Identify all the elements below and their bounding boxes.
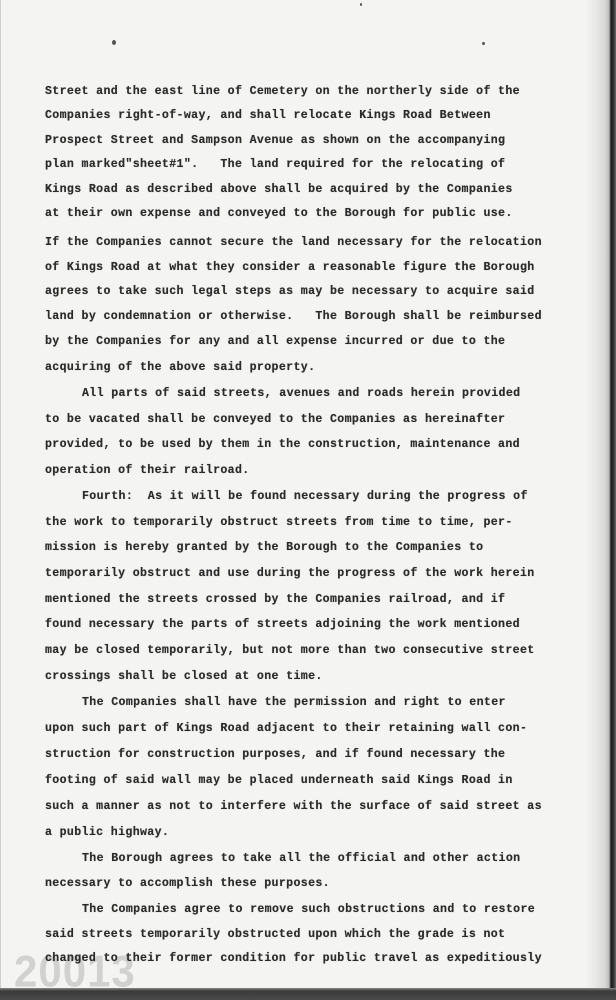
text-line: the work to temporarily obstruct streets… [45,516,513,529]
paragraph-start-line: The Borough agrees to take all the offic… [82,852,520,865]
text-line: acquiring of the above said property. [45,361,315,374]
page-right-border [605,0,616,1000]
scan-speck [482,42,485,45]
scan-speck [112,40,116,45]
scan-speck [360,3,362,6]
text-line: Kings Road as described above shall be a… [45,183,513,196]
text-line: necessary to accomplish these purposes. [45,877,330,890]
text-line: footing of said wall may be placed under… [45,774,513,787]
text-line: If the Companies cannot secure the land … [45,236,542,249]
text-line: mission is hereby granted by the Borough… [45,541,483,554]
text-line: crossings shall be closed at one time. [45,670,323,683]
paragraph-start-line: The Companies agree to remove such obstr… [82,903,535,916]
text-line: struction for construction purposes, and… [45,748,505,761]
text-line: operation of their railroad. [45,464,250,477]
paragraph-start-line: The Companies shall have the permission … [82,696,506,709]
text-line: found necessary the parts of streets adj… [45,618,520,631]
section-heading-line: Fourth: As it will be found necessary du… [82,490,528,503]
text-line: temporarily obstruct and use during the … [45,567,535,580]
text-line: Prospect Street and Sampson Avenue as sh… [45,134,505,147]
text-line: a public highway. [45,826,169,839]
text-line: plan marked"sheet#1". The land required … [45,158,505,171]
paragraph-start-line: All parts of said streets, avenues and r… [82,387,520,400]
text-line: land by condemnation or otherwise. The B… [45,310,542,323]
text-line: mentioned the streets crossed by the Com… [45,593,505,606]
text-line: said streets temporarily obstructed upon… [45,928,505,941]
text-line: by the Companies for any and all expense… [45,335,505,348]
text-line: provided, to be used by them in the cons… [45,438,520,451]
text-line: such a manner as not to interfere with t… [45,800,542,813]
page-fold-shadow [585,0,605,990]
text-line: to be vacated shall be conveyed to the C… [45,413,505,426]
text-line: Companies right-of-way, and shall reloca… [45,109,491,122]
text-line: changed to their former condition for pu… [45,952,542,965]
text-line: agrees to take such legal steps as may b… [45,285,535,298]
text-line: Street and the east line of Cemetery on … [45,85,520,98]
text-line: at their own expense and conveyed to the… [45,207,513,220]
text-line: may be closed temporarily, but not more … [45,644,535,657]
text-line: upon such part of Kings Road adjacent to… [45,722,527,735]
text-line: of Kings Road at what they consider a re… [45,261,535,274]
